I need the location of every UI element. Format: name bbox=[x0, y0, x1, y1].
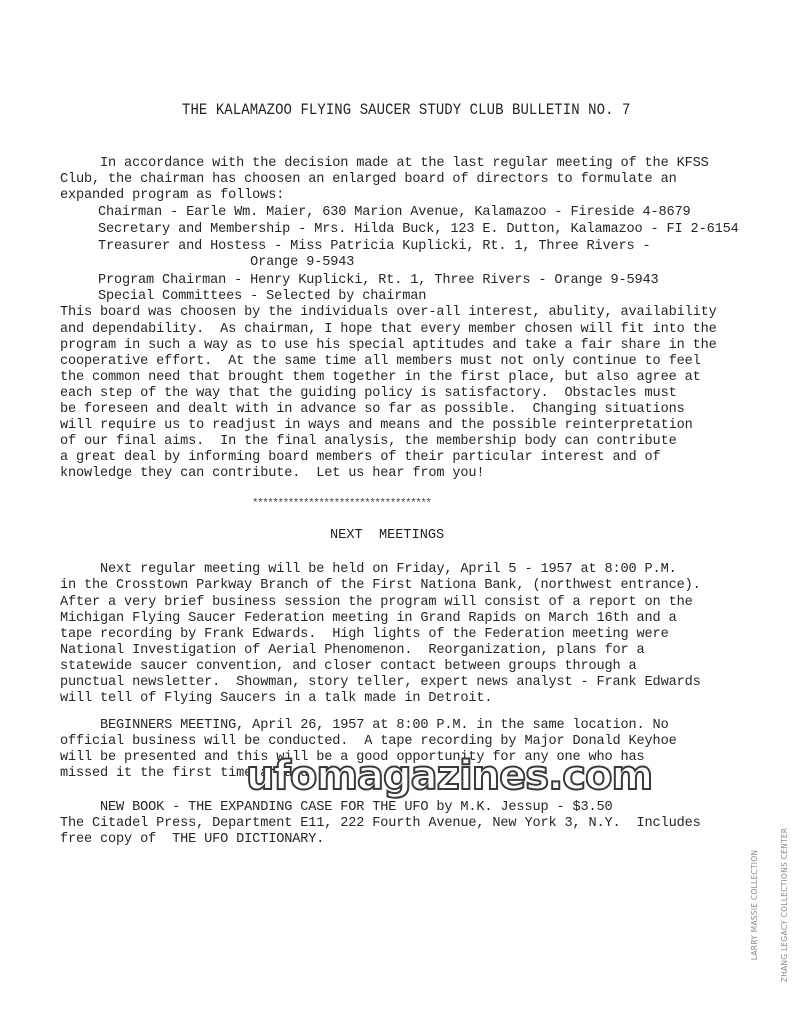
beginners-meeting-line: BEGINNERS MEETING, April 26, 1957 at 8:0… bbox=[60, 718, 669, 734]
next-meeting-line: statewide saucer convention, and closer … bbox=[60, 659, 637, 675]
beginners-meeting-line: official business will be conducted. A t… bbox=[60, 734, 677, 750]
board-member-treasurer-phone: Orange 9-5943 bbox=[98, 255, 354, 271]
board-paragraph-line: be foreseen and dealt with in advance so… bbox=[60, 402, 685, 418]
board-member-secretary: Secretary and Membership - Mrs. Hilda Bu… bbox=[98, 222, 739, 238]
next-meeting-line: in the Crosstown Parkway Branch of the F… bbox=[60, 578, 701, 594]
bulletin-page: THE KALAMAZOO FLYING SAUCER STUDY CLUB B… bbox=[0, 0, 800, 1036]
archive-stamp: LARRY MASSIE COLLECTION ZHANG LEGACY COL… bbox=[730, 820, 800, 990]
board-paragraph-line: of our final aims. In the final analysis… bbox=[60, 434, 677, 450]
board-paragraph-line: and dependability. As chairman, I hope t… bbox=[60, 322, 717, 338]
archive-stamp-line: LARRY MASSIE COLLECTION bbox=[750, 820, 760, 990]
archive-stamp-line: ZHANG LEGACY COLLECTIONS CENTER bbox=[780, 820, 790, 990]
board-paragraph-line: cooperative effort. At the same time all… bbox=[60, 354, 701, 370]
intro-line: In accordance with the decision made at … bbox=[60, 156, 709, 172]
board-special-committees: Special Committees - Selected by chairma… bbox=[98, 289, 426, 305]
next-meeting-line: Michigan Flying Saucer Federation meetin… bbox=[60, 611, 677, 627]
new-book-line: NEW BOOK - THE EXPANDING CASE FOR THE UF… bbox=[60, 800, 613, 816]
next-meeting-line: After a very brief business session the … bbox=[60, 595, 693, 611]
board-member-program-chairman: Program Chairman - Henry Kuplicki, Rt. 1… bbox=[98, 273, 659, 289]
board-paragraph-line: the common need that brought them togeth… bbox=[60, 370, 701, 386]
next-meeting-line: tape recording by Frank Edwards. High li… bbox=[60, 627, 669, 643]
next-meeting-line: National Investigation of Aerial Phenome… bbox=[60, 643, 645, 659]
next-meeting-line: will tell of Flying Saucers in a talk ma… bbox=[60, 691, 492, 707]
board-paragraph-line: This board was choosen by the individual… bbox=[60, 305, 717, 321]
board-paragraph-line: program in such a way as to use his spec… bbox=[60, 338, 717, 354]
asterisk-separator: *********************************** bbox=[252, 498, 431, 510]
board-member-chairman: Chairman - Earle Wm. Maier, 630 Marion A… bbox=[98, 205, 691, 221]
new-book-line: free copy of THE UFO DICTIONARY. bbox=[60, 832, 324, 848]
board-paragraph-line: will require us to readjust in ways and … bbox=[60, 418, 693, 434]
intro-line: Club, the chairman has choosen an enlarg… bbox=[60, 172, 677, 188]
board-member-treasurer: Treasurer and Hostess - Miss Patricia Ku… bbox=[98, 239, 651, 255]
intro-line: expanded program as follows: bbox=[60, 188, 284, 204]
bulletin-title: THE KALAMAZOO FLYING SAUCER STUDY CLUB B… bbox=[182, 101, 630, 119]
next-meeting-line: Next regular meeting will be held on Fri… bbox=[60, 562, 677, 578]
section-heading-next-meetings: NEXT MEETINGS bbox=[330, 528, 444, 543]
board-paragraph-line: knowledge they can contribute. Let us he… bbox=[60, 466, 484, 482]
board-paragraph-line: each step of the way that the guiding po… bbox=[60, 386, 677, 402]
site-watermark: ufomagazines.com bbox=[246, 756, 652, 796]
next-meeting-line: punctual newsletter. Showman, story tell… bbox=[60, 675, 701, 691]
new-book-line: The Citadel Press, Department E11, 222 F… bbox=[60, 816, 701, 832]
board-paragraph-line: a great deal by informing board members … bbox=[60, 450, 661, 466]
